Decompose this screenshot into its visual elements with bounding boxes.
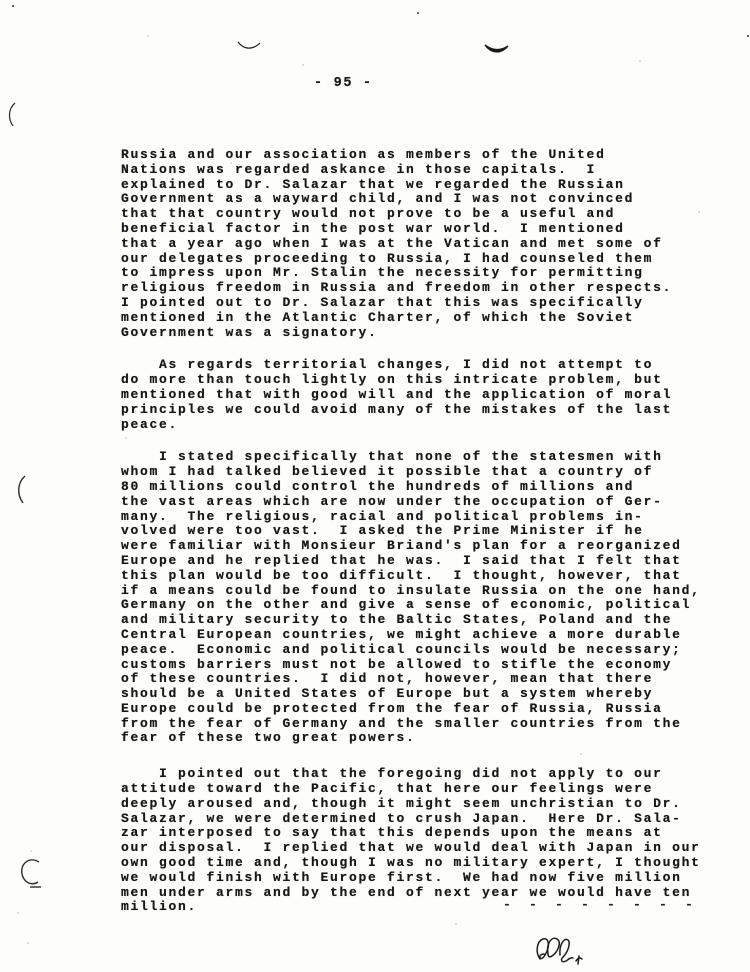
scan-noise-specks (417, 12, 419, 14)
paragraph-3: I stated specifically that none of the s… (121, 450, 721, 746)
signature-initials (533, 932, 591, 972)
paragraph-1: Russia and our association as members of… (121, 148, 721, 340)
scanned-document-page: - 95 - Russia and our association as mem… (0, 0, 750, 972)
scan-curve-mark-thick (483, 42, 510, 56)
paragraph-2: As regards territorial changes, I did no… (121, 358, 721, 432)
trailing-dash-marks: - - - - - - - - (503, 898, 695, 913)
left-margin-paren-mark-top (5, 101, 18, 128)
paragraph-4: I pointed out that the foregoing did not… (121, 767, 721, 915)
scan-curve-mark-thin (236, 40, 262, 53)
left-margin-paren-mark-middle (13, 474, 28, 505)
left-margin-circle-mark-bottom (16, 856, 46, 892)
page-number: - 95 - (314, 77, 394, 92)
document-body: Russia and our association as members of… (121, 148, 721, 915)
